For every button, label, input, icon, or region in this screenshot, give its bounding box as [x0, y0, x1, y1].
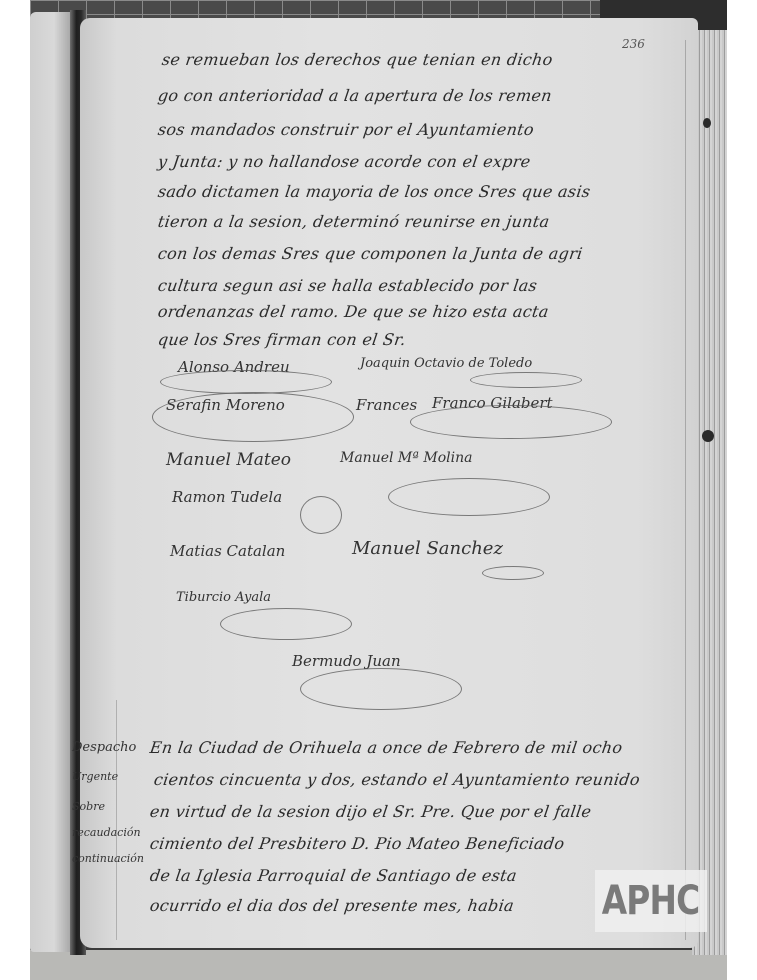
signature-flourish — [470, 372, 582, 388]
text-line: cientos cincuenta y dos, estando el Ayun… — [153, 770, 642, 789]
text-line: en virtud de la sesion dijo el Sr. Pre. … — [149, 802, 593, 821]
signature-flourish — [388, 478, 550, 516]
signature-flourish — [152, 392, 354, 442]
margin-note-line: continuación — [72, 852, 144, 865]
signature: Manuel Mª Molina — [340, 450, 472, 466]
table-surface — [30, 950, 727, 980]
text-line: con los demas Sres que componen la Junta… — [157, 244, 584, 263]
signature: Joaquin Octavio de Toledo — [360, 356, 532, 371]
page-number: 236 — [622, 37, 645, 51]
text-line: sado dictamen la mayoria de los once Sre… — [157, 182, 592, 201]
archive-watermark: APHC — [595, 870, 707, 932]
signature-flourish — [220, 608, 352, 640]
text-line: ordenanzas del ramo. De que se hizo esta… — [157, 302, 550, 321]
signature: Matias Catalan — [170, 542, 285, 560]
signature-flourish — [482, 566, 544, 580]
text-line: cultura segun asi se halla establecido p… — [157, 276, 539, 295]
signature: Manuel Sanchez — [352, 538, 503, 559]
margin-rule-right — [685, 40, 686, 940]
signature-flourish — [300, 668, 462, 710]
text-line: ocurrido el dia dos del presente mes, ha… — [149, 896, 516, 915]
margin-note-line: Despacho — [72, 740, 136, 755]
signature: Manuel Mateo — [166, 450, 291, 470]
text-line: cimiento del Presbitero D. Pio Mateo Ben… — [149, 834, 566, 853]
signature: Tiburcio Ayala — [176, 590, 271, 605]
binding-hole — [702, 430, 714, 442]
signature: Frances — [356, 396, 417, 414]
text-line: que los Sres firman con el Sr. — [157, 330, 408, 349]
text-line: y Junta: y no hallandose acorde con el e… — [157, 152, 532, 171]
margin-note-line: Sobre — [72, 800, 105, 813]
margin-rule-left — [116, 700, 117, 940]
left-page — [30, 12, 70, 952]
binding-hole — [703, 118, 711, 128]
text-line: go con anterioridad a la apertura de los… — [157, 86, 554, 105]
text-line: de la Iglesia Parroquial de Santiago de … — [149, 866, 519, 885]
margin-note-line: Urgente — [72, 770, 118, 783]
text-line: se remueban los derechos que tenian en d… — [161, 50, 554, 69]
signature: Ramon Tudela — [172, 488, 282, 506]
margin-note-line: recaudación — [72, 826, 141, 839]
signature-flourish — [300, 496, 342, 534]
text-line: sos mandados construir por el Ayuntamien… — [157, 120, 536, 139]
signature-flourish — [160, 370, 332, 394]
watermark-text: APHC — [602, 878, 700, 924]
text-line: tieron a la sesion, determinó reunirse e… — [157, 212, 551, 231]
text-line: En la Ciudad de Orihuela a once de Febre… — [149, 738, 624, 757]
signature-flourish — [410, 405, 612, 439]
